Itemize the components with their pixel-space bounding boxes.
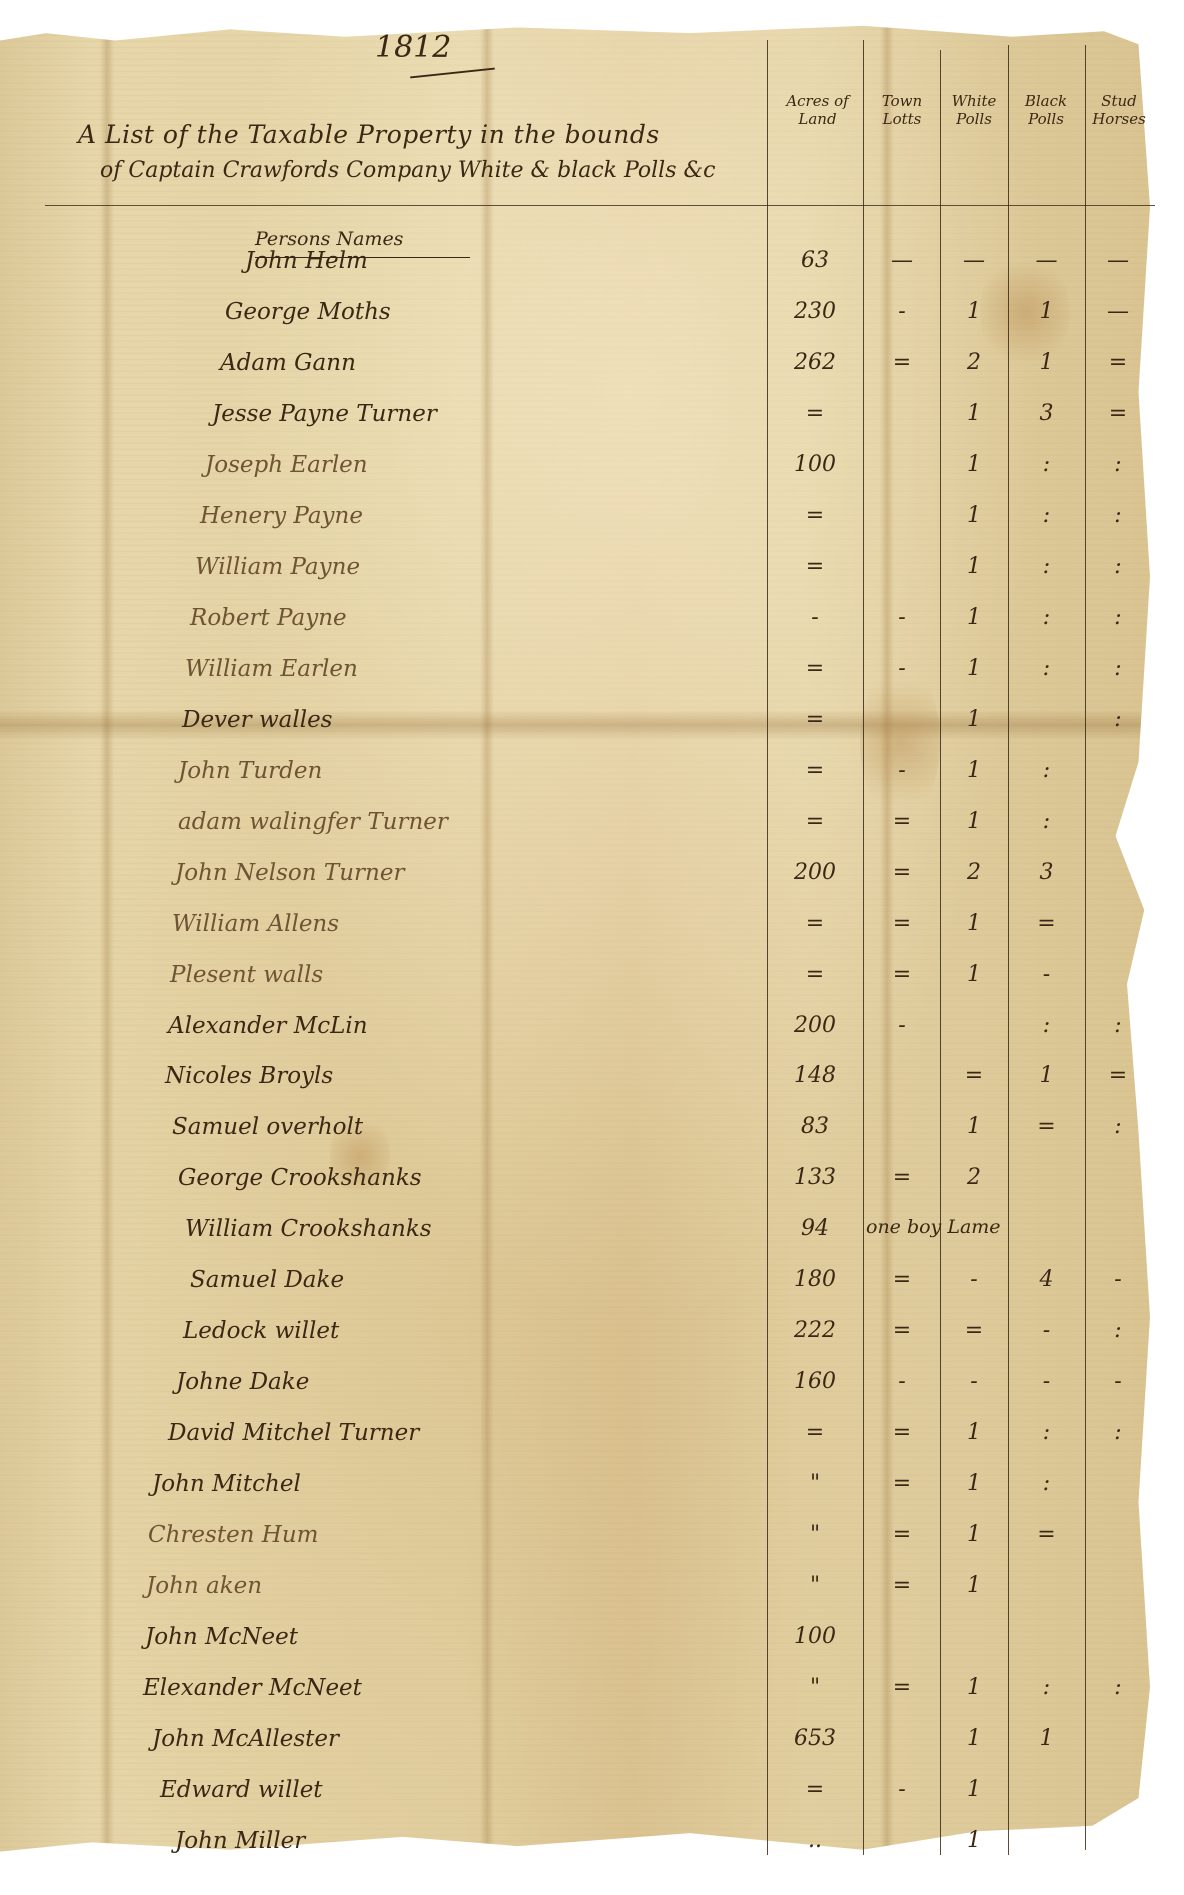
cell-white-polls: 1 [942,758,1006,783]
cell-acres: = [770,911,860,936]
cell-stud-horses: : [1088,656,1148,681]
cell-black-polls: = [1010,911,1083,936]
person-name: Dever walles [182,707,333,733]
cell-acres: = [770,554,860,579]
cell-acres: " [770,1522,860,1547]
cell-acres: = [770,503,860,528]
cell-town-lots: = [866,911,938,936]
person-name: Adam Gann [220,350,356,376]
cell-acres: = [770,758,860,783]
cell-acres: 94 [770,1216,860,1241]
cell-acres: = [770,809,860,834]
vertical-fold [480,22,494,1872]
person-name: George Crookshanks [178,1165,422,1191]
cell-stud-horses: - [1088,1369,1148,1394]
cell-acres: 653 [770,1726,860,1751]
document-title-line-1: A List of the Taxable Property in the bo… [78,120,660,149]
column-divider [1085,45,1086,1850]
person-name: William Allens [172,911,339,937]
person-name: John Nelson Turner [175,860,404,886]
persons-names-header: Persons Names [255,228,403,250]
cell-black-polls: : [1010,656,1083,681]
cell-black-polls: = [1010,1522,1083,1547]
cell-black-polls: — [1010,248,1083,273]
cell-acres: .. [770,1828,860,1853]
cell-town-lots: = [866,962,938,987]
cell-stud-horses: : [1088,503,1148,528]
cell-town-lots: - [866,605,938,630]
cell-white-polls: 1 [942,656,1006,681]
cell-stud-horses: : [1088,452,1148,477]
cell-acres: 133 [770,1165,860,1190]
stain [860,662,940,822]
cell-acres: 180 [770,1267,860,1292]
cell-stud-horses: : [1088,1114,1148,1139]
cell-acres: = [770,962,860,987]
person-name: David Mitchel Turner [168,1420,419,1446]
cell-white-polls: 2 [942,860,1006,885]
cell-town-lots: - [866,1013,938,1038]
cell-white-polls: 1 [942,809,1006,834]
cell-white-polls: 1 [942,1573,1006,1598]
cell-black-polls: : [1010,1013,1083,1038]
cell-acres: 83 [770,1114,860,1139]
cell-town-lots: = [866,1318,938,1343]
person-name: Henery Payne [200,503,363,529]
cell-black-polls: 4 [1010,1267,1083,1292]
document-year: 1812 [375,30,451,65]
cell-black-polls: : [1010,1471,1083,1496]
cell-acres: 100 [770,1624,860,1649]
cell-acres: = [770,1420,860,1445]
person-name: William Crookshanks [185,1216,432,1242]
person-name: Nicoles Broyls [165,1063,333,1089]
cell-town-lots: - [866,758,938,783]
cell-stud-horses: = [1088,350,1148,375]
cell-town-lots: - [866,656,938,681]
person-name: Edward willet [160,1777,323,1803]
person-name: Samuel overholt [172,1114,363,1140]
cell-white-polls: — [942,248,1006,273]
person-name: John Mitchel [152,1471,301,1497]
cell-white-polls: 1 [942,1420,1006,1445]
column-divider [940,50,941,1855]
person-name: William Earlen [185,656,358,682]
cell-white-polls: 1 [942,962,1006,987]
cell-white-polls: 1 [942,554,1006,579]
person-name: Plesent walls [170,962,323,988]
cell-white-polls: 1 [942,911,1006,936]
cell-acres: 200 [770,860,860,885]
cell-black-polls: : [1010,758,1083,783]
cell-white-polls: 1 [942,401,1006,426]
cell-white-polls: 1 [942,1114,1006,1139]
cell-acres: = [770,401,860,426]
cell-white-polls: 1 [942,605,1006,630]
cell-town-lots: = [866,350,938,375]
cell-black-polls: : [1010,554,1083,579]
cell-acres: = [770,1777,860,1802]
person-name: George Moths [225,299,391,325]
person-name: John aken [146,1573,262,1599]
cell-town-lots: = [866,1675,938,1700]
cell-white-polls: - [942,1369,1006,1394]
cell-acres: - [770,605,860,630]
cell-acres: 63 [770,248,860,273]
person-name: Elexander McNeet [143,1675,362,1701]
cell-white-polls: 1 [942,1471,1006,1496]
column-divider [1008,45,1009,1855]
cell-town-lots: = [866,1573,938,1598]
cell-white-polls: 1 [942,707,1006,732]
column-header-town-lots: Town Lotts [868,92,936,128]
column-header-black-polls: Black Polls [1010,92,1082,128]
cell-town-lots: one boy Lame [866,1216,1001,1238]
cell-black-polls: - [1010,962,1083,987]
cell-black-polls: - [1010,1369,1083,1394]
cell-acres: 200 [770,1013,860,1038]
cell-stud-horses: : [1088,1675,1148,1700]
cell-town-lots: = [866,860,938,885]
cell-white-polls: 1 [942,299,1006,324]
cell-stud-horses: — [1088,299,1148,324]
person-name: Johne Dake [176,1369,309,1395]
cell-stud-horses: : [1088,554,1148,579]
person-name: Robert Payne [190,605,347,631]
person-name: Jesse Payne Turner [212,401,437,427]
cell-acres: = [770,707,860,732]
vertical-fold [100,22,114,1872]
cell-black-polls: : [1010,1675,1083,1700]
person-name: adam walingfer Turner [178,809,448,835]
column-header-acres: Acres of Land [775,92,860,128]
cell-acres: " [770,1573,860,1598]
cell-acres: 148 [770,1063,860,1088]
cell-acres: = [770,656,860,681]
column-divider [767,40,768,1855]
cell-black-polls: 1 [1010,299,1083,324]
cell-white-polls: 1 [942,1675,1006,1700]
cell-black-polls: 1 [1010,350,1083,375]
cell-white-polls: 1 [942,503,1006,528]
cell-acres: 262 [770,350,860,375]
person-name: Joseph Earlen [205,452,368,478]
cell-acres: " [770,1471,860,1496]
cell-white-polls: 1 [942,1522,1006,1547]
column-header-stud-horses: Stud Horses [1088,92,1150,128]
cell-black-polls: 1 [1010,1726,1083,1751]
person-name: John Miller [175,1828,305,1854]
cell-black-polls: 1 [1010,1063,1083,1088]
cell-black-polls: : [1010,605,1083,630]
cell-black-polls: 3 [1010,860,1083,885]
cell-white-polls: 1 [942,1726,1006,1751]
cell-acres: 230 [770,299,860,324]
cell-acres: 160 [770,1369,860,1394]
cell-white-polls: 1 [942,1828,1006,1853]
cell-stud-horses: — [1088,248,1148,273]
cell-town-lots: = [866,1522,938,1547]
cell-stud-horses: : [1088,1013,1148,1038]
cell-stud-horses: = [1088,1063,1148,1088]
person-name: Chresten Hum [148,1522,318,1548]
cell-black-polls: : [1010,1420,1083,1445]
cell-black-polls: : [1010,809,1083,834]
person-name: John McNeet [145,1624,298,1650]
cell-black-polls: = [1010,1114,1083,1139]
person-name: John Helm [245,248,368,274]
cell-acres: " [770,1675,860,1700]
header-rule [45,205,1155,206]
cell-town-lots: - [866,1777,938,1802]
cell-town-lots: - [866,299,938,324]
cell-town-lots: - [866,1369,938,1394]
cell-acres: 100 [770,452,860,477]
cell-town-lots: = [866,1267,938,1292]
person-name: John McAllester [152,1726,339,1752]
cell-black-polls: 3 [1010,401,1083,426]
cell-town-lots: — [866,248,938,273]
cell-white-polls: = [942,1063,1006,1088]
person-name: William Payne [195,554,360,580]
cell-stud-horses: : [1088,605,1148,630]
cell-black-polls: : [1010,452,1083,477]
person-name: John Turden [178,758,322,784]
person-name: Samuel Dake [190,1267,344,1293]
cell-black-polls: - [1010,1318,1083,1343]
cell-town-lots: = [866,1420,938,1445]
cell-town-lots: = [866,1165,938,1190]
person-name: Ledock willet [183,1318,339,1344]
cell-stud-horses: = [1088,401,1148,426]
cell-stud-horses: : [1088,1318,1148,1343]
cell-stud-horses: : [1088,1420,1148,1445]
cell-white-polls: 1 [942,452,1006,477]
cell-white-polls: = [942,1318,1006,1343]
cell-acres: 222 [770,1318,860,1343]
cell-black-polls: : [1010,503,1083,528]
cell-town-lots: = [866,809,938,834]
cell-white-polls: 2 [942,1165,1006,1190]
person-name: Alexander McLin [168,1013,368,1039]
cell-town-lots: = [866,1471,938,1496]
cell-stud-horses: - [1088,1267,1148,1292]
column-divider [863,40,864,1855]
column-header-white-polls: White Polls [943,92,1005,128]
cell-white-polls: 1 [942,1777,1006,1802]
cell-white-polls: 2 [942,350,1006,375]
cell-white-polls: - [942,1267,1006,1292]
cell-stud-horses: : [1088,707,1148,732]
document-title-line-2: of Captain Crawfords Company White & bla… [100,158,715,183]
